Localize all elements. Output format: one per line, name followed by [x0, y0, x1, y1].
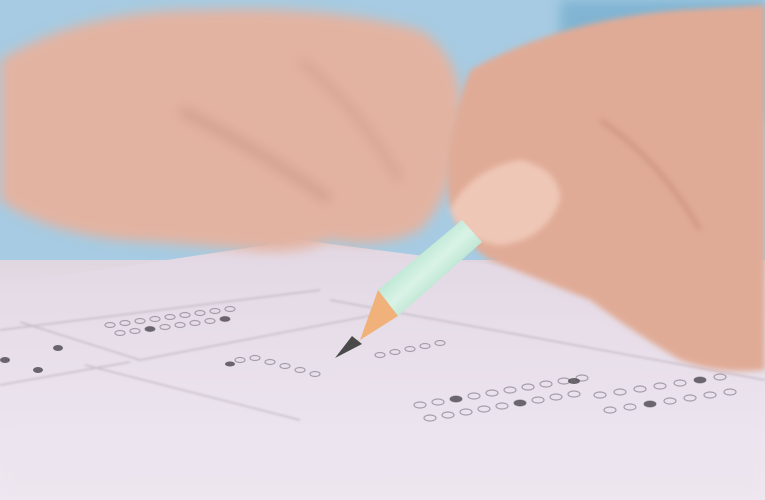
photo-illustration: [0, 0, 765, 500]
photo-scene: [0, 0, 765, 500]
left-hand: [0, 9, 462, 251]
